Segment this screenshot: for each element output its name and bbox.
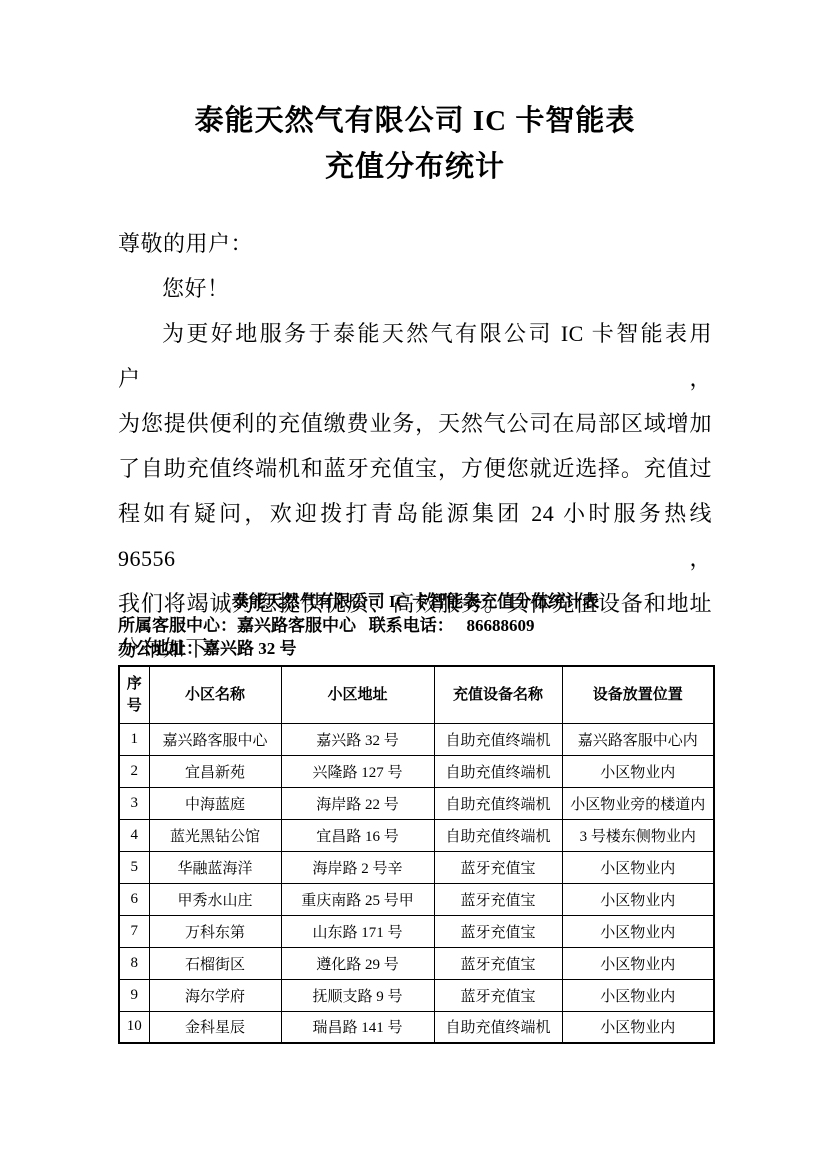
cell-serial: 10 — [119, 1011, 149, 1043]
cell-serial: 9 — [119, 979, 149, 1011]
paragraph-line-4: 程如有疑问，欢迎拨打青岛能源集团 24 小时服务热线 96556， — [118, 491, 712, 581]
cell-community: 海尔学府 — [149, 979, 281, 1011]
cell-address: 遵化路 29 号 — [281, 947, 434, 979]
cell-address: 宜昌路 16 号 — [281, 819, 434, 851]
table-row: 10 金科星辰 瑞昌路 141 号 自助充值终端机 小区物业内 — [119, 1011, 714, 1043]
document-title-line2: 充值分布统计 — [118, 144, 712, 190]
cell-serial: 1 — [119, 723, 149, 755]
header-serial-number: 序号 — [119, 666, 149, 723]
cell-community: 嘉兴路客服中心 — [149, 723, 281, 755]
cell-device: 自助充值终端机 — [434, 819, 562, 851]
cell-serial: 8 — [119, 947, 149, 979]
table-row: 9 海尔学府 抚顺支路 9 号 蓝牙充值宝 小区物业内 — [119, 979, 714, 1011]
cell-address: 重庆南路 25 号甲 — [281, 883, 434, 915]
cell-address: 山东路 171 号 — [281, 915, 434, 947]
table-title: 泰能天然气有限公司 IC 卡智能表充值分布统计表 — [118, 590, 713, 614]
cell-device: 自助充值终端机 — [434, 755, 562, 787]
paragraph-line-3: 了自助充值终端机和蓝牙充值宝，方便您就近选择。充值过 — [118, 446, 712, 491]
office-address-line: 办公地址：嘉兴路 32 号 — [118, 637, 713, 660]
header-device-location: 设备放置位置 — [562, 666, 714, 723]
header-community-name: 小区名称 — [149, 666, 281, 723]
cell-serial: 5 — [119, 851, 149, 883]
cell-serial: 2 — [119, 755, 149, 787]
table-row: 5 华融蓝海洋 海岸路 2 号辛 蓝牙充值宝 小区物业内 — [119, 851, 714, 883]
distribution-table: 序号 小区名称 小区地址 充值设备名称 设备放置位置 1 嘉兴路客服中心 嘉兴路… — [118, 665, 715, 1044]
paragraph-line-1: 为更好地服务于泰能天然气有限公司 IC 卡智能表用户， — [118, 311, 712, 401]
cell-address: 海岸路 2 号辛 — [281, 851, 434, 883]
table-row: 6 甲秀水山庄 重庆南路 25 号甲 蓝牙充值宝 小区物业内 — [119, 883, 714, 915]
cell-address: 兴隆路 127 号 — [281, 755, 434, 787]
cell-community: 甲秀水山庄 — [149, 883, 281, 915]
distribution-table-section: 泰能天然气有限公司 IC 卡智能表充值分布统计表 所属客服中心：嘉兴路客服中心 … — [118, 590, 713, 1044]
cell-device: 自助充值终端机 — [434, 1011, 562, 1043]
cell-device: 蓝牙充值宝 — [434, 851, 562, 883]
table-header-row: 序号 小区名称 小区地址 充值设备名称 设备放置位置 — [119, 666, 714, 723]
cell-community: 华融蓝海洋 — [149, 851, 281, 883]
cell-address: 海岸路 22 号 — [281, 787, 434, 819]
paragraph-line-2: 为您提供便利的充值缴费业务，天然气公司在局部区域增加 — [118, 401, 712, 446]
cell-device: 蓝牙充值宝 — [434, 883, 562, 915]
cell-community: 石榴街区 — [149, 947, 281, 979]
salutation-line: 尊敬的用户： — [118, 221, 712, 266]
cell-device: 自助充值终端机 — [434, 723, 562, 755]
table-row: 1 嘉兴路客服中心 嘉兴路 32 号 自助充值终端机 嘉兴路客服中心内 — [119, 723, 714, 755]
cell-location: 3 号楼东侧物业内 — [562, 819, 714, 851]
table-row: 7 万科东第 山东路 171 号 蓝牙充值宝 小区物业内 — [119, 915, 714, 947]
cell-community: 蓝光黑钻公馆 — [149, 819, 281, 851]
cell-serial: 7 — [119, 915, 149, 947]
cell-community: 万科东第 — [149, 915, 281, 947]
cell-device: 蓝牙充值宝 — [434, 947, 562, 979]
table-row: 2 宜昌新苑 兴隆路 127 号 自助充值终端机 小区物业内 — [119, 755, 714, 787]
table-row: 4 蓝光黑钻公馆 宜昌路 16 号 自助充值终端机 3 号楼东侧物业内 — [119, 819, 714, 851]
cell-device: 自助充值终端机 — [434, 787, 562, 819]
document-title-line1: 泰能天然气有限公司 IC 卡智能表 — [118, 98, 712, 144]
cell-location: 嘉兴路客服中心内 — [562, 723, 714, 755]
table-row: 3 中海蓝庭 海岸路 22 号 自助充值终端机 小区物业旁的楼道内 — [119, 787, 714, 819]
cell-address: 瑞昌路 141 号 — [281, 1011, 434, 1043]
cell-location: 小区物业内 — [562, 947, 714, 979]
table-row: 8 石榴街区 遵化路 29 号 蓝牙充值宝 小区物业内 — [119, 947, 714, 979]
service-center-line: 所属客服中心：嘉兴路客服中心 联系电话： 86688609 — [118, 614, 713, 637]
cell-community: 金科星辰 — [149, 1011, 281, 1043]
cell-location: 小区物业内 — [562, 915, 714, 947]
header-device-name: 充值设备名称 — [434, 666, 562, 723]
cell-device: 蓝牙充值宝 — [434, 915, 562, 947]
cell-address: 抚顺支路 9 号 — [281, 979, 434, 1011]
cell-address: 嘉兴路 32 号 — [281, 723, 434, 755]
cell-location: 小区物业内 — [562, 1011, 714, 1043]
cell-location: 小区物业旁的楼道内 — [562, 787, 714, 819]
document-title: 泰能天然气有限公司 IC 卡智能表 充值分布统计 — [118, 98, 712, 190]
cell-location: 小区物业内 — [562, 755, 714, 787]
cell-location: 小区物业内 — [562, 979, 714, 1011]
cell-community: 中海蓝庭 — [149, 787, 281, 819]
cell-device: 蓝牙充值宝 — [434, 979, 562, 1011]
cell-location: 小区物业内 — [562, 883, 714, 915]
cell-community: 宜昌新苑 — [149, 755, 281, 787]
cell-serial: 3 — [119, 787, 149, 819]
greeting-line: 您好！ — [118, 266, 712, 311]
header-community-address: 小区地址 — [281, 666, 434, 723]
cell-serial: 4 — [119, 819, 149, 851]
document-page: 泰能天然气有限公司 IC 卡智能表 充值分布统计 尊敬的用户： 您好！ 为更好地… — [0, 0, 826, 1169]
cell-location: 小区物业内 — [562, 851, 714, 883]
cell-serial: 6 — [119, 883, 149, 915]
